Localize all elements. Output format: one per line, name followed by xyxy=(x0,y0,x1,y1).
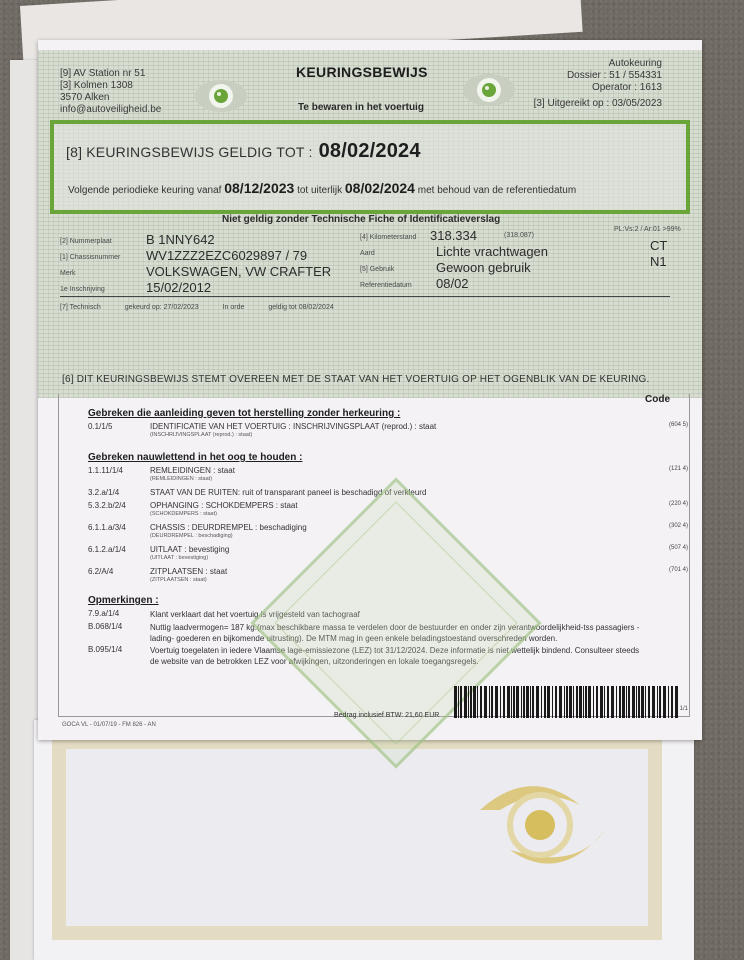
section-title-watch: Gebreken nauwlettend in het oog te houde… xyxy=(88,452,688,463)
section-title-repair: Gebreken die aanleiding geven tot herste… xyxy=(88,408,688,419)
remark-code: 7.9.a/1/4 xyxy=(88,609,158,618)
defect-row: 0.1/1/5 IDENTIFICATIE VAN HET VOERTUIG :… xyxy=(88,422,688,444)
kind-label: Aard xyxy=(360,250,375,257)
frame-line xyxy=(58,394,59,716)
defect-ref-code: (604 5) xyxy=(669,422,688,428)
defect-row: 1.1.11/1/4 REMLEIDINGEN : staat (REMLEID… xyxy=(88,466,688,488)
defect-ref-code: (220 4) xyxy=(669,501,688,507)
use-label: [5] Gebruik xyxy=(360,266,394,273)
station-email: info@autoveiligheid.be xyxy=(60,104,161,116)
remarks-title: Opmerkingen : xyxy=(88,595,688,606)
defect-code: 6.2/A/4 xyxy=(88,567,158,576)
defect-row: 3.2.a/1/4 STAAT VAN DE RUITEN: ruit of t… xyxy=(88,488,688,501)
station-address: [9] AV Station nr 51 [3] Kolmen 1308 357… xyxy=(60,68,161,116)
defect-desc: OPHANGING : SCHOKDEMPERS : staat xyxy=(150,501,298,510)
chassis-label: [1] Chassisnummer xyxy=(60,254,120,261)
defect-row: 5.3.2.b/2/4 OPHANGING : SCHOKDEMPERS : s… xyxy=(88,501,688,523)
defect-sub: (UITLAAT : bevestiging) xyxy=(150,555,208,561)
eye-logo-icon xyxy=(462,70,516,110)
plate-label: [2] Nummerplaat xyxy=(60,238,112,245)
inspection-certificate: [9] AV Station nr 51 [3] Kolmen 1308 357… xyxy=(38,40,702,740)
next-prefix: Volgende periodieke keuring vanaf xyxy=(68,185,221,196)
address-city: 3570 Alken xyxy=(60,92,161,104)
defect-sub: (REMLEIDINGEN : staat) xyxy=(150,476,212,482)
conformity-statement: [6] DIT KEURINGSBEWIJS STEMT OVEREEN MET… xyxy=(62,374,650,385)
defect-ref-code: (701 4) xyxy=(669,567,688,573)
ref-date-value: 08/02 xyxy=(436,276,469,291)
validity-line: [8] KEURINGSBEWIJS GELDIG TOT :08/02/202… xyxy=(66,140,421,163)
eye-logo-icon xyxy=(194,76,248,116)
remark-row: B.068/1/4 Nuttig laadvermogen= 187 kg.(m… xyxy=(88,622,688,644)
validity-label: [8] KEURINGSBEWIJS GELDIG TOT : xyxy=(66,144,313,160)
remark-code: B.095/1/4 xyxy=(88,645,158,654)
dossier-info: Autokeuring Dossier : 51 / 554331 Operat… xyxy=(567,58,662,94)
document-title: KEURINGSBEWIJS xyxy=(296,64,428,80)
eye-logo-icon xyxy=(470,770,610,880)
technical-valid-until: geldig tot 08/02/2024 xyxy=(268,304,333,311)
remark-code: B.068/1/4 xyxy=(88,622,158,631)
organisation: Autokeuring xyxy=(567,58,662,70)
frame-line xyxy=(689,394,690,716)
defect-code: 6.1.1.a/3/4 xyxy=(88,523,158,532)
technical-line: [7] Technisch gekeurd op: 27/02/2023 In … xyxy=(60,304,356,311)
address-street: [3] Kolmen 1308 xyxy=(60,80,161,92)
next-mid: tot uiterlijk xyxy=(297,185,342,196)
next-suffix: met behoud van de referentiedatum xyxy=(418,185,576,196)
issued-date: [3] Uitgereikt op : 03/05/2023 xyxy=(534,98,662,109)
defect-code: 0.1/1/5 xyxy=(88,422,158,431)
operator-number: Operator : 1613 xyxy=(567,82,662,94)
defect-code: 3.2.a/1/4 xyxy=(88,488,158,497)
km-previous: (318.087) xyxy=(504,232,534,239)
first-registration-label: 1e Inschrijving xyxy=(60,286,105,293)
chassis-value: WV1ZZZ2EZC6029897 / 79 xyxy=(146,248,307,263)
next-until-date: 08/02/2024 xyxy=(345,180,415,196)
technical-inspected: gekeurd op: 27/02/2023 xyxy=(125,304,199,311)
next-inspection-line: Volgende periodieke keuring vanaf 08/12/… xyxy=(68,180,576,196)
defect-sub: (INSCHRIJVINGSPLAAT (reprod.) : staat) xyxy=(150,432,252,438)
station-number: [9] AV Station nr 51 xyxy=(60,68,161,80)
defect-code: 5.3.2.b/2/4 xyxy=(88,501,158,510)
defect-sub: (SCHOKDEMPERS : staat) xyxy=(150,511,217,517)
form-identifier: GOCA VL - 01/07/19 - FM 826 - AN xyxy=(62,722,156,728)
defects-list: Gebreken die aanleiding geven tot herste… xyxy=(88,404,688,668)
defect-desc: REMLEIDINGEN : staat xyxy=(150,466,235,475)
remark-row: B.095/1/4 Voertuig toegelaten in iedere … xyxy=(88,645,688,667)
remark-desc: Klant verklaart dat het voertuig is vrij… xyxy=(150,609,640,620)
defect-code: 6.1.2.a/1/4 xyxy=(88,545,158,554)
document-subtitle: Te bewaren in het voertuig xyxy=(298,102,424,113)
defect-sub: (DEURDREMPEL : beschadiging) xyxy=(150,533,233,539)
validity-notice: Niet geldig zonder Technische Fiche of I… xyxy=(222,214,500,225)
defect-row: 6.1.2.a/1/4 UITLAAT : bevestiging (UITLA… xyxy=(88,545,688,567)
defect-desc: UITLAAT : bevestiging xyxy=(150,545,229,554)
defect-sub: (ZITPLAATSEN : staat) xyxy=(150,577,207,583)
ref-date-label: Referentiedatum xyxy=(360,282,412,289)
technical-label: [7] Technisch xyxy=(60,304,101,311)
defect-ref-code: (507 4) xyxy=(669,545,688,551)
valid-until-date: 08/02/2024 xyxy=(319,140,421,162)
use-value: Gewoon gebruik xyxy=(436,260,531,275)
remarks-section: Opmerkingen : 7.9.a/1/4 Klant verklaart … xyxy=(88,595,688,667)
remark-desc: Voertuig toegelaten in iedere Vlaamse la… xyxy=(150,645,640,667)
amount-incl-vat: Bedrag inclusief BTW: 21,60 EUR xyxy=(334,712,439,719)
defect-desc: STAAT VAN DE RUITEN: ruit of transparant… xyxy=(150,488,426,497)
defect-row: 6.1.1.a/3/4 CHASSIS : DEURDREMPEL : besc… xyxy=(88,523,688,545)
use-code: N1 xyxy=(650,254,667,269)
make-label: Merk xyxy=(60,270,76,277)
remark-desc: Nuttig laadvermogen= 187 kg.(max beschik… xyxy=(150,622,640,644)
km-label: [4] Kilometerstand xyxy=(360,234,416,241)
defect-row: 6.2/A/4 ZITPLAATSEN : staat (ZITPLAATSEN… xyxy=(88,567,688,589)
defect-desc: IDENTIFICATIE VAN HET VOERTUIG : INSCHRI… xyxy=(150,422,436,431)
validity-box: [8] KEURINGSBEWIJS GELDIG TOT :08/02/202… xyxy=(50,120,690,214)
make-value: VOLKSWAGEN, VW CRAFTER xyxy=(146,264,331,279)
defect-code: 1.1.11/1/4 xyxy=(88,466,158,475)
first-registration-value: 15/02/2012 xyxy=(146,280,211,295)
page-number: 1/1 xyxy=(680,706,688,712)
remark-row: 7.9.a/1/4 Klant verklaart dat het voertu… xyxy=(88,609,688,621)
defect-ref-code: (121 4) xyxy=(669,466,688,472)
kind-code: CT xyxy=(650,238,667,253)
plate-value: B 1NNY642 xyxy=(146,232,215,247)
km-value: 318.334 xyxy=(430,228,477,243)
pl-code: PL:Vs:2 / Ar:01 >99% xyxy=(614,226,681,233)
defect-ref-code: (302 4) xyxy=(669,523,688,529)
kind-value: Lichte vrachtwagen xyxy=(436,244,548,259)
divider xyxy=(60,296,670,297)
technical-in-order: In orde xyxy=(223,304,245,311)
defect-desc: ZITPLAATSEN : staat xyxy=(150,567,227,576)
dossier-number: Dossier : 51 / 554331 xyxy=(567,70,662,82)
defect-desc: CHASSIS : DEURDREMPEL : beschadiging xyxy=(150,523,307,532)
next-from-date: 08/12/2023 xyxy=(224,180,294,196)
barcode xyxy=(454,686,678,718)
